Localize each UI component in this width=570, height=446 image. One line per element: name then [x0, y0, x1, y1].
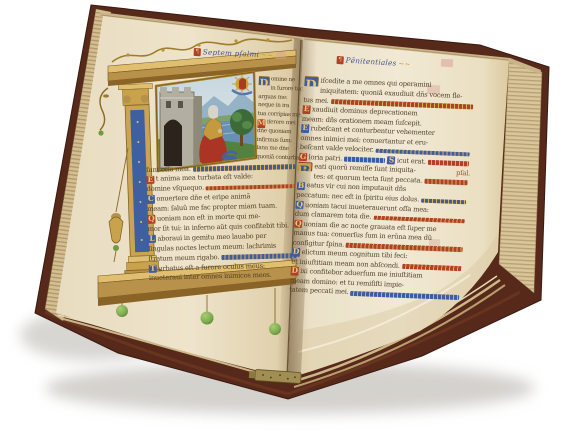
hanging-orb [201, 312, 214, 325]
line-text: inueteraui inter omnes inimicos meos. [149, 272, 272, 282]
line-text: neque in ira [258, 103, 289, 110]
manuscript-photo: ¶ Septem pſalmi ∼∼ ¶ Pēnitentiales ∼∼ Do… [0, 0, 570, 446]
line-text: ſunt oſſa mea. [146, 165, 191, 173]
paraph-mark-icon: ¶ [336, 55, 343, 63]
illuminated-initial: Q [295, 200, 304, 209]
line-text: iſerere mei [267, 121, 296, 128]
illuminated-initial: E [302, 105, 311, 114]
hanging-orb [269, 323, 281, 335]
paraph-mark-icon: ¶ [194, 47, 201, 55]
line-text: omine ne [271, 78, 295, 85]
illuminated-initial: B [297, 181, 306, 190]
line-text: loria patri. [308, 154, 342, 162]
line-text: in furore tuo [270, 86, 302, 93]
line-filler [344, 157, 386, 163]
line-filler [428, 160, 470, 166]
header-flourish: ∼∼ [261, 50, 273, 59]
miniature-tower [160, 87, 202, 168]
illuminated-initial: D [290, 267, 299, 276]
illuminated-initial: T [149, 264, 157, 273]
line-text: dñe quoniam [257, 129, 291, 136]
rubric: pſal. [456, 169, 471, 178]
illuminated-initial: L [148, 235, 156, 244]
left-page-side-column: Domine nein furore tuoarguas me:neque in… [256, 76, 303, 163]
line-filler [221, 253, 297, 259]
illuminated-initial: M [257, 119, 265, 128]
hanging-orb [116, 305, 128, 317]
line-text: ſtratum meum rigabo. [148, 254, 219, 263]
line-text: icut erat. [397, 157, 426, 165]
illuminated-initial: E [301, 124, 310, 133]
header-flourish: ∼∼ [398, 59, 411, 68]
line-text: tatem peccati mei. [289, 287, 349, 296]
illuminated-initial: E [146, 175, 154, 184]
illuminated-initial: Q [147, 215, 155, 224]
line-filler [424, 179, 468, 185]
left-page-text-block: ſunt oſſa mea.Et anima mea turbata eſt v… [146, 161, 300, 284]
illuminated-initial: D [292, 248, 301, 257]
line-text: tus mei. [303, 96, 329, 104]
line-filler [206, 184, 296, 191]
line-text: infirmus ſum: [257, 138, 292, 145]
line-text: configitur ſpina. [293, 239, 345, 248]
line-text: arguas me: [258, 95, 287, 102]
line-filler [402, 264, 462, 271]
line-text: domine vſquequo. [147, 185, 205, 193]
illuminated-initial: G [299, 153, 308, 162]
illuminated-initial: C [147, 195, 155, 204]
illuminated-initial: S [387, 156, 396, 165]
illuminated-initial: Q [294, 219, 303, 228]
line-filler [421, 198, 466, 204]
line-text: tua corripias me. [258, 112, 302, 119]
right-page-text-block: Diſcedite a me omnes qui operaminiiniqui… [289, 76, 477, 302]
spacer [416, 171, 457, 173]
line-text: ſana me dñe [256, 146, 288, 153]
